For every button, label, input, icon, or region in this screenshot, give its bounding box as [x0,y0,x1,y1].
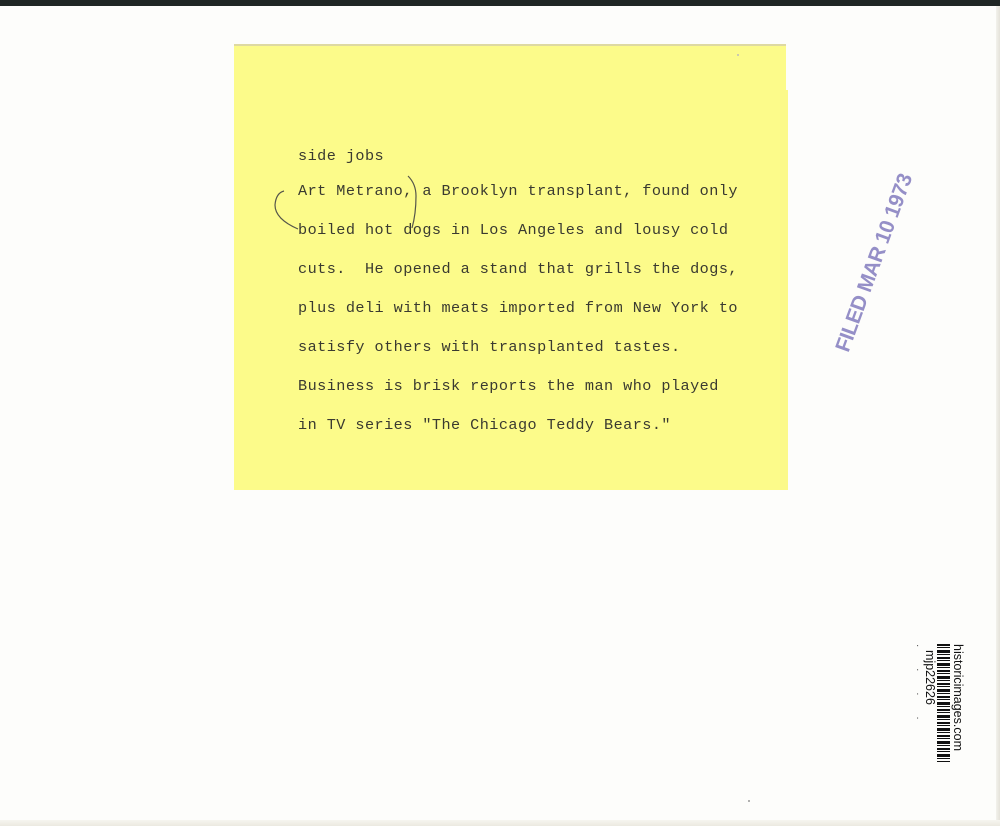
caption-line: boiled hot dogs in Los Angeles and lousy… [298,218,738,257]
caption-line: plus deli with meats imported from New Y… [298,296,738,335]
page-bottom-edge [0,820,1000,826]
archive-barcode-label: historicimages.com mjp22626 · · · · [914,644,964,762]
filed-date-stamp: FILED MAR 10 1973 [831,197,908,356]
page-right-edge [996,6,1000,826]
handwritten-left-bracket-icon [272,187,302,233]
caption-sticky-note: side jobs Art Metrano, a Brooklyn transp… [234,44,786,490]
barcode-id-text: mjp22626 [923,650,936,740]
caption-line: Art Metrano, a Brooklyn transplant, foun… [298,179,738,218]
barcode-icon [937,644,950,762]
paper-speck [737,54,739,56]
barcode-site-text: historicimages.com [951,644,964,762]
caption-text: side jobs Art Metrano, a Brooklyn transp… [298,144,738,452]
caption-heading: side jobs [298,144,738,179]
handwritten-right-bracket-icon [406,174,422,230]
caption-line: Business is brisk reports the man who pl… [298,374,738,413]
scan-top-edge [0,0,1000,6]
caption-line: satisfy others with transplanted tastes. [298,335,738,374]
caption-line: in TV series "The Chicago Teddy Bears." [298,413,738,452]
paper-speck [748,800,750,802]
caption-line: cuts. He opened a stand that grills the … [298,257,738,296]
barcode-dots: · · · · [913,644,921,694]
